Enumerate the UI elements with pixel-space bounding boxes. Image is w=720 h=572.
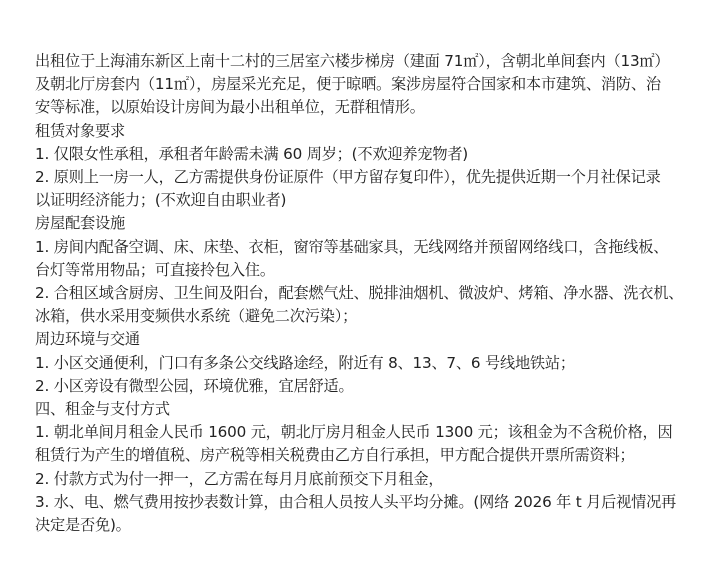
section-heading: 四、租金与支付方式 (35, 398, 695, 421)
section-heading: 房屋配套设施 (35, 212, 695, 235)
intro-line: 安等标准，以原始设计房间为最小出租单位，无群租情形。 (35, 96, 695, 119)
section-line: 2. 付款方式为付一押一，乙方需在每月月底前预交下月租金， (35, 468, 695, 491)
section-heading: 租赁对象要求 (35, 120, 695, 143)
intro-paragraph: 出租位于上海浦东新区上南十二村的三居室六楼步梯房（建面 71㎡），含朝北单间套内… (35, 50, 695, 120)
section-line: 1. 朝北单间月租金人民币 1600 元，朝北厅房月租金人民币 1300 元；该… (35, 421, 695, 444)
section-line: 1. 小区交通便利，门口有多条公交线路途经，附近有 8、13、7、6 号线地铁站… (35, 352, 695, 375)
section-line: 1. 仅限女性承租，承租者年龄需未满 60 周岁；(不欢迎养宠物者) (35, 143, 695, 166)
section-rent-payment: 四、租金与支付方式 1. 朝北单间月租金人民币 1600 元，朝北厅房月租金人民… (35, 398, 695, 537)
section-tenant-requirements: 租赁对象要求 1. 仅限女性承租，承租者年龄需未满 60 周岁；(不欢迎养宠物者… (35, 120, 695, 213)
section-environment-transport: 周边环境与交通 1. 小区交通便利，门口有多条公交线路途经，附近有 8、13、7… (35, 328, 695, 398)
section-line: 台灯等常用物品；可直接拎包入住。 (35, 259, 695, 282)
intro-line: 出租位于上海浦东新区上南十二村的三居室六楼步梯房（建面 71㎡），含朝北单间套内… (35, 50, 695, 73)
section-line: 3. 水、电、燃气费用按抄表数计算，由合租人员按人头平均分摊。(网络 2026 … (35, 491, 695, 514)
section-line: 决定是否免)。 (35, 514, 695, 537)
section-facilities: 房屋配套设施 1. 房间内配备空调、床、床垫、衣柜，窗帘等基础家具，无线网络并预… (35, 212, 695, 328)
section-line: 2. 小区旁设有微型公园，环境优雅，宜居舒适。 (35, 375, 695, 398)
intro-line: 及朝北厅房套内（11㎡），房屋采光充足，便于晾晒。案涉房屋符合国家和本市建筑、消… (35, 73, 695, 96)
section-line: 冰箱，供水采用变频供水系统（避免二次污染）； (35, 305, 695, 328)
section-line: 2. 原则上一房一人，乙方需提供身份证原件（甲方留存复印件），优先提供近期一个月… (35, 166, 695, 189)
rental-listing-document: 出租位于上海浦东新区上南十二村的三居室六楼步梯房（建面 71㎡），含朝北单间套内… (35, 50, 695, 537)
section-line: 2. 合租区域含厨房、卫生间及阳台，配套燃气灶、脱排油烟机、微波炉、烤箱、净水器… (35, 282, 695, 305)
section-heading: 周边环境与交通 (35, 328, 695, 351)
section-line: 以证明经济能力；(不欢迎自由职业者) (35, 189, 695, 212)
section-line: 1. 房间内配备空调、床、床垫、衣柜，窗帘等基础家具，无线网络并预留网络线口，含… (35, 236, 695, 259)
section-line: 租赁行为产生的增值税、房产税等相关税费由乙方自行承担，甲方配合提供开票所需资料； (35, 444, 695, 467)
